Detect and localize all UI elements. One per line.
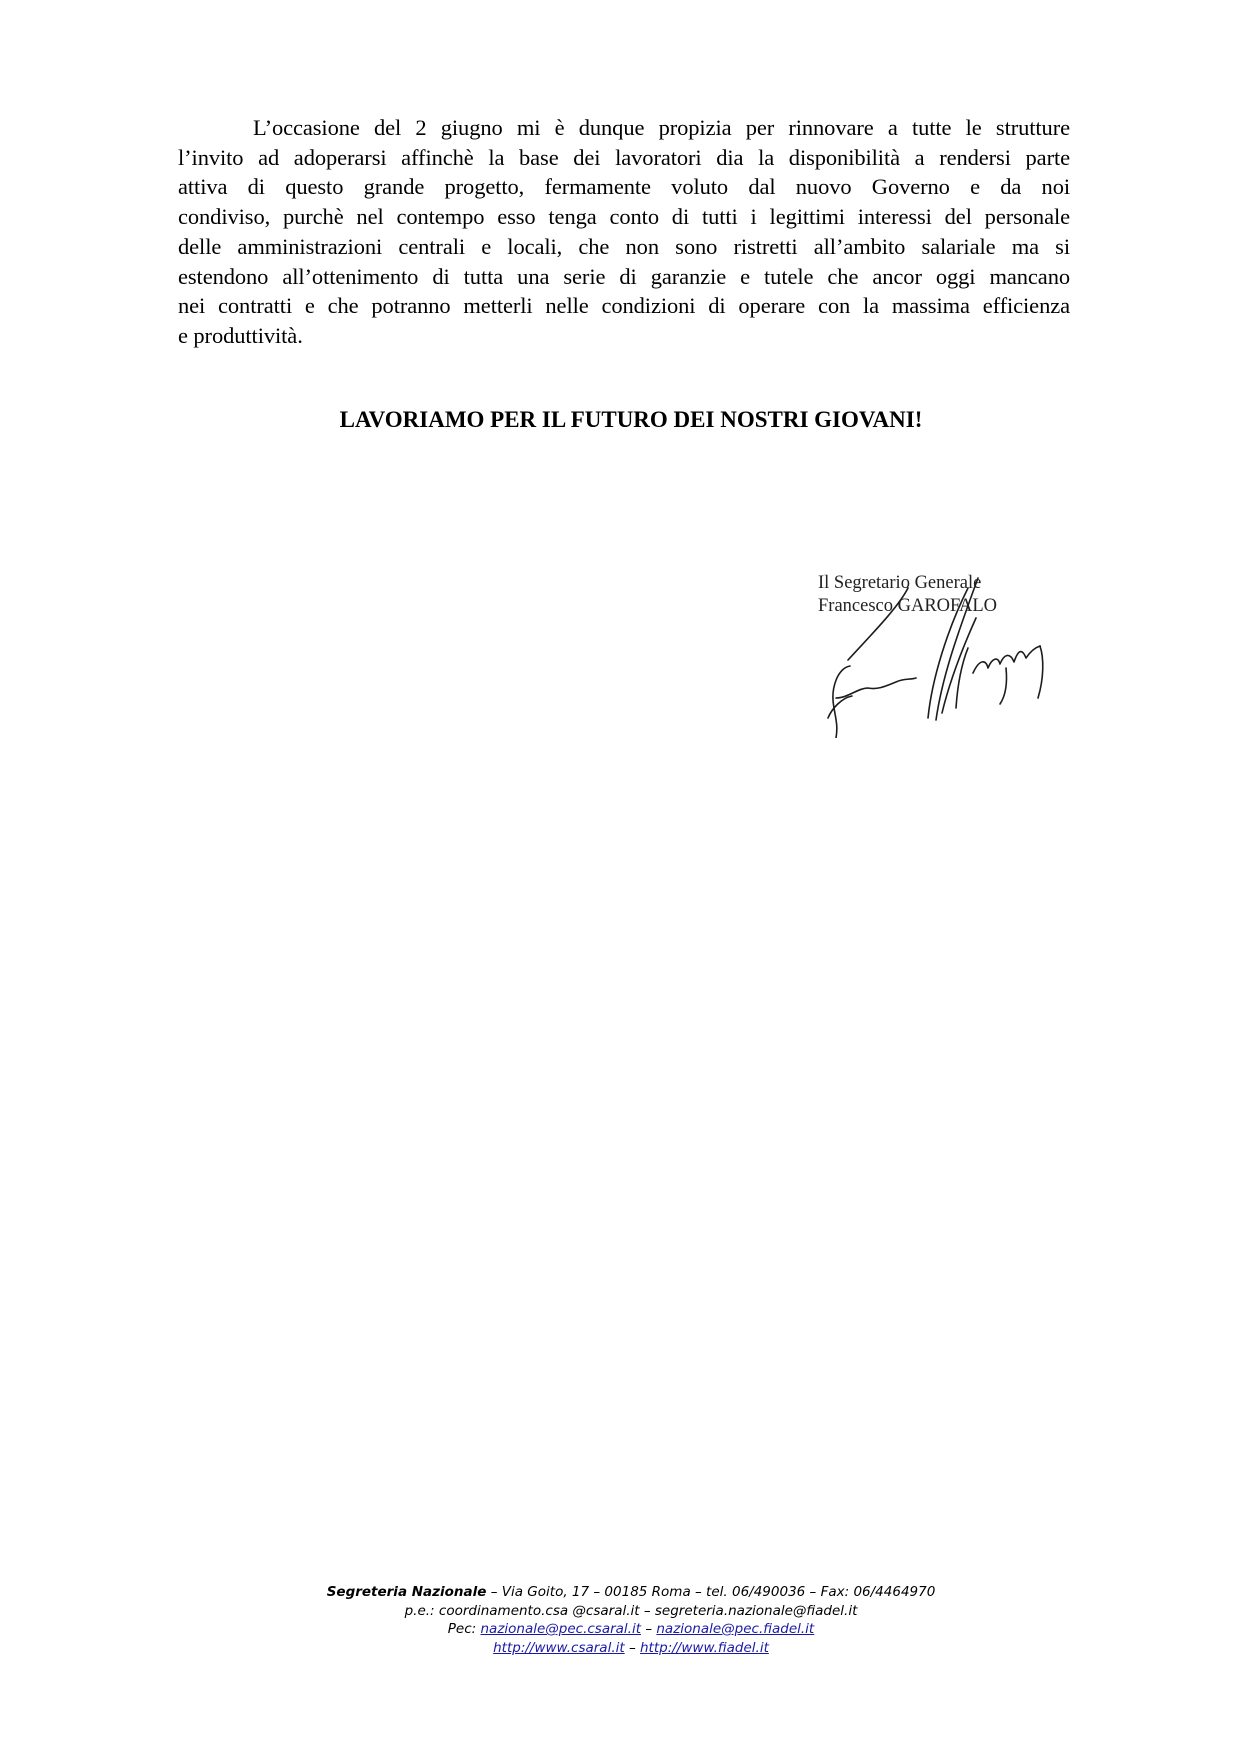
signature-block: Il Segretario Generale Francesco GAROFAL… <box>808 568 1068 718</box>
footer-email-row: p.e.: coordinamento.csa @csaral.it – seg… <box>22 1602 1240 1621</box>
footer-separator: – <box>625 1640 640 1656</box>
pec-email-link-csaral[interactable]: nazionale@pec.csaral.it <box>480 1621 641 1637</box>
paragraph-line: L’occasione del 2 giugno mi è dunque pro… <box>178 113 1070 143</box>
paragraph-line: delle amministrazioni centrali e locali,… <box>178 232 1070 262</box>
footer-pec-prefix: Pec: <box>448 1621 481 1637</box>
handwritten-signature-icon <box>808 548 1068 738</box>
footer-address-row: Segreteria Nazionale – Via Goito, 17 – 0… <box>22 1583 1240 1602</box>
paragraph-line: attiva di questo grande progetto, fermam… <box>178 172 1070 202</box>
paragraph-line: condiviso, purchè nel contempo esso teng… <box>178 202 1070 232</box>
closing-slogan: LAVORIAMO PER IL FUTURO DEI NOSTRI GIOVA… <box>0 407 1240 433</box>
website-link-fiadel[interactable]: http://www.fiadel.it <box>640 1640 769 1656</box>
footer-pe-prefix: p.e.: <box>405 1603 439 1619</box>
footer-pec-row: Pec: nazionale@pec.csaral.it – nazionale… <box>22 1620 1240 1639</box>
paragraph-line: e produttività. <box>178 321 1070 351</box>
paragraph-line: l’invito ad adoperarsi affinchè la base … <box>178 143 1070 173</box>
footer-address: – Via Goito, 17 – 00185 Roma – tel. 06/4… <box>486 1584 935 1600</box>
footer-website-row: http://www.csaral.it – http://www.fiadel… <box>22 1639 1240 1658</box>
document-page: L’occasione del 2 giugno mi è dunque pro… <box>0 0 1240 1754</box>
website-link-csaral[interactable]: http://www.csaral.it <box>493 1640 625 1656</box>
footer-separator: – <box>641 1621 656 1637</box>
pec-email-link-fiadel[interactable]: nazionale@pec.fiadel.it <box>656 1621 814 1637</box>
paragraph-line: estendono all’ottenimento di tutta una s… <box>178 262 1070 292</box>
footer-org-label: Segreteria Nazionale <box>327 1584 487 1600</box>
footer: Segreteria Nazionale – Via Goito, 17 – 0… <box>0 1583 1240 1657</box>
footer-pe-emails: coordinamento.csa @csaral.it – segreteri… <box>439 1603 857 1619</box>
paragraph-line: nei contratti e che potranno metterli ne… <box>178 291 1070 321</box>
body-paragraph: L’occasione del 2 giugno mi è dunque pro… <box>178 113 1070 351</box>
